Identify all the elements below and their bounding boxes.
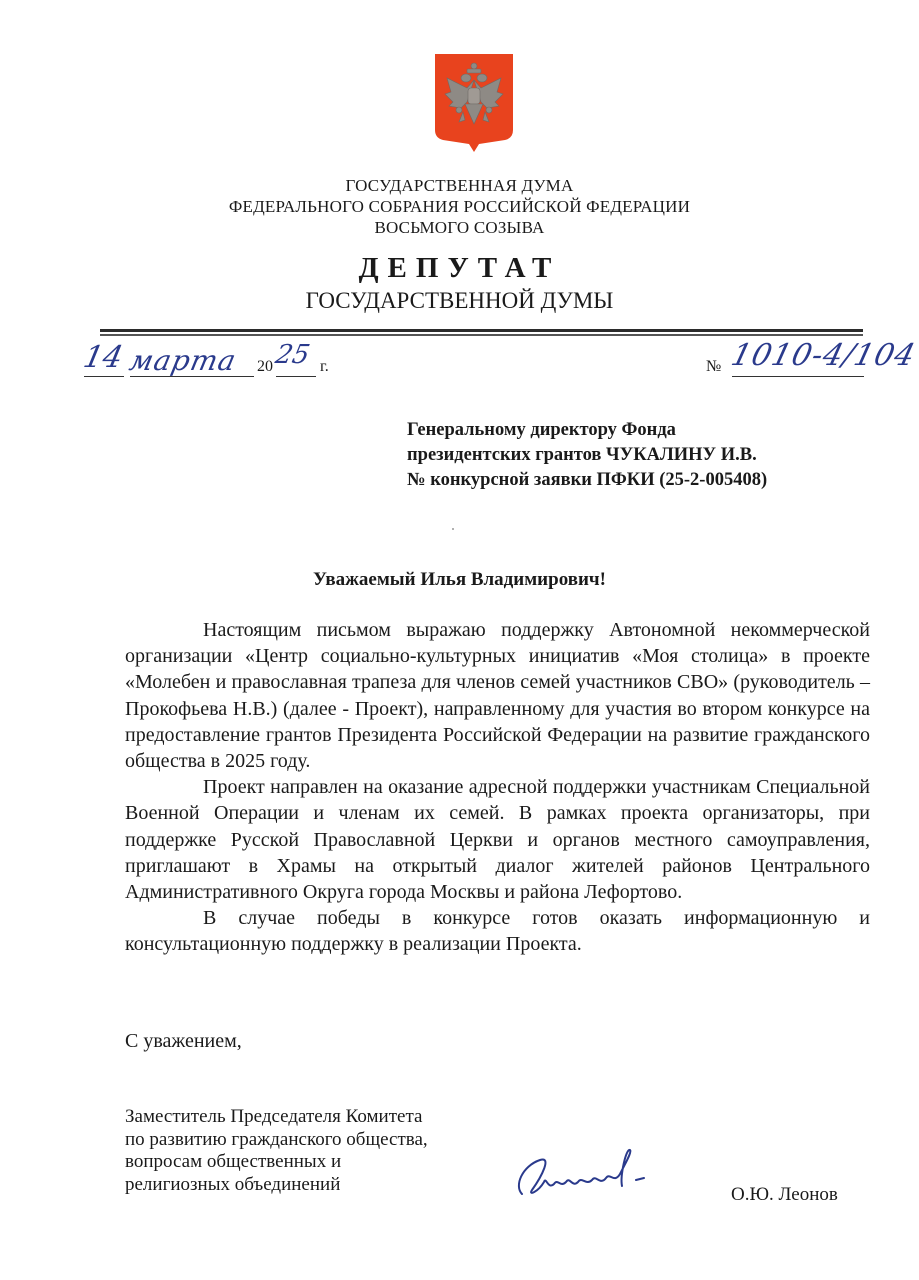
handwritten-signature-icon xyxy=(512,1146,682,1206)
addressee-line-2: президентских грантов ЧУКАЛИНУ И.В. xyxy=(407,443,767,468)
letter-number: № 1010-4/104 xyxy=(706,338,916,382)
date-year: 25 xyxy=(273,340,312,370)
number-value: 1010-4/104 xyxy=(728,338,919,373)
signer-title-line-2: по развитию гражданского общества, xyxy=(125,1129,428,1152)
scan-speck xyxy=(452,528,454,530)
number-sign: № xyxy=(706,358,721,376)
header-line-2: ФЕДЕРАЛЬНОГО СОБРАНИЯ РОССИЙСКОЙ ФЕДЕРАЦ… xyxy=(0,197,919,217)
body-paragraph-2: Проект направлен на оказание адресной по… xyxy=(125,774,870,905)
addressee-block: Генеральному директору Фонда президентск… xyxy=(407,418,767,493)
signer-title: Заместитель Председателя Комитета по раз… xyxy=(125,1106,428,1196)
addressee-line-1: Генеральному директору Фонда xyxy=(407,418,767,443)
letter-body: Настоящим письмом выражаю поддержку Авто… xyxy=(125,617,870,958)
closing: С уважением, xyxy=(125,1030,242,1053)
header-title: ДЕПУТАТ xyxy=(0,252,919,285)
date-month: марта xyxy=(126,344,239,377)
salutation: Уважаемый Илья Владимирович! xyxy=(0,569,919,591)
signer-title-line-3: вопросам общественных и xyxy=(125,1151,428,1174)
signer-title-line-1: Заместитель Председателя Комитета xyxy=(125,1106,428,1129)
header-line-1: ГОСУДАРСТВЕННАЯ ДУМА xyxy=(0,176,919,196)
date-day: 14 xyxy=(80,340,126,375)
addressee-line-3: № конкурсной заявки ПФКИ (25-2-005408) xyxy=(407,468,767,493)
russian-coat-of-arms-icon xyxy=(433,52,515,152)
signer-name: О.Ю. Леонов xyxy=(731,1184,838,1206)
header-subtitle: ГОСУДАРСТВЕННОЙ ДУМЫ xyxy=(0,288,919,314)
body-paragraph-1: Настоящим письмом выражаю поддержку Авто… xyxy=(125,617,870,774)
signer-title-line-4: религиозных объединений xyxy=(125,1174,428,1197)
date-century: 20 xyxy=(257,358,273,376)
body-paragraph-3: В случае победы в конкурсе готов оказать… xyxy=(125,905,870,957)
letter-date: 14 марта 20 25 г. xyxy=(84,340,344,384)
header-line-3: ВОСЬМОГО СОЗЫВА xyxy=(0,218,919,238)
date-suffix: г. xyxy=(320,358,329,376)
